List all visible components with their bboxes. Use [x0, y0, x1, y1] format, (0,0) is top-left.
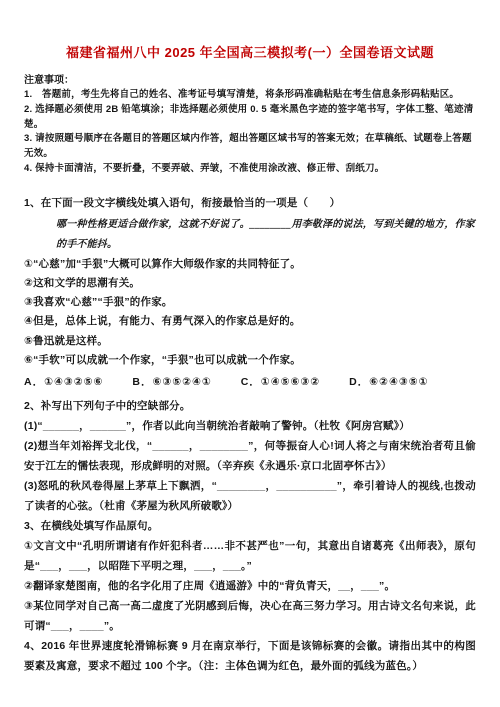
option-d: D．⑥②④③⑤① [349, 372, 428, 392]
question-2-stem: 2、补写出下列句子中的空缺部分。 [24, 396, 476, 416]
page-title: 福建省福州八中 2025 年全国高三模拟考(一）全国卷语文试题 [24, 44, 476, 61]
notice-item: 2. 选择题必须使用 2B 铅笔填涂；非选择题必须使用 0. 5 毫米黑色字迹的… [24, 103, 476, 133]
option-c: C．①④⑤⑥③② [241, 372, 320, 392]
notice-item: 1. 答题前，考生先将自己的姓名、准考证号填写清楚，将条形码准确粘贴在考生信息条… [24, 88, 476, 103]
exam-paper-page: 福建省福州八中 2025 年全国高三模拟考(一）全国卷语文试题 注意事项： 1.… [0, 0, 500, 707]
sentence-item: ②这和文学的思潮有关。 [24, 274, 476, 293]
question-2-part: (1)“______，______”，作者以此向当朝统治者敲响了警钟。（杜牧《阿… [24, 416, 476, 436]
sentence-item: ④但是，总体上说，有能力、有勇气深入的作家总是好的。 [24, 312, 476, 331]
question-3-stem: 3、在横线处填写作品原句。 [24, 516, 476, 536]
question-2-part: (3)怒吼的秋风卷得屋上茅草上下飘洒，“________，__________”… [24, 476, 476, 516]
notice-item: 4. 保持卡面清洁，不要折叠，不要弄破、弄皱，不准使用涂改液、修正带、刮纸刀。 [24, 162, 476, 177]
question-3-part: ①文言文中“孔明所谓诸有作奸犯科者……非不甚严也”一句，其意出自诸葛亮《出师表》… [24, 536, 476, 576]
question-3-part: ②翻译家楚图南，他的名字化用了庄周《逍遥游》中的“背负青天，__，___”。 [24, 576, 476, 596]
question-2: 2、补写出下列句子中的空缺部分。 (1)“______，______”，作者以此… [24, 396, 476, 516]
notice-heading: 注意事项： [24, 71, 476, 86]
question-1-stem: 1、在下面一段文字横线处填入语句，衔接最恰当的一项是（ ） [24, 193, 476, 213]
sentence-item: ③我喜欢“心慈”“手狠”的作家。 [24, 293, 476, 312]
question-1: 1、在下面一段文字横线处填入语句，衔接最恰当的一项是（ ） 哪一种性格更适合做作… [24, 193, 476, 392]
sentence-item: ①“心慈”加“手狠”大概可以算作大师级作家的共同特征了。 [24, 255, 476, 274]
option-a: A．①④③②⑤⑥ [24, 372, 103, 392]
sentence-item: ⑥“手软”可以成就一个作家，“手狠”也可以成就一个作家。 [24, 351, 476, 370]
question-4: 4、2016 年世界速度轮滑锦标赛 9 月在南京举行，下面是该锦标赛的会徽。请指… [24, 636, 476, 676]
option-b: B．⑥③⑤②④① [132, 372, 211, 392]
question-3-part: ③某位同学对自己高一高二虚度了光阴感到后悔，决心在高三努力学习。用古诗文名句来说… [24, 596, 476, 636]
notice-section: 注意事项： 1. 答题前，考生先将自己的姓名、准考证号填写清楚，将条形码准确粘贴… [24, 71, 476, 177]
question-1-options: A．①④③②⑤⑥ B．⑥③⑤②④① C．①④⑤⑥③② D．⑥②④③⑤① [24, 372, 476, 392]
sentence-item: ⑤鲁迅就是这样。 [24, 332, 476, 351]
question-4-stem: 4、2016 年世界速度轮滑锦标赛 9 月在南京举行，下面是该锦标赛的会徽。请指… [24, 636, 476, 676]
notice-item: 3. 请按照题号顺序在各题目的答题区域内作答，超出答题区域书写的答案无效；在草稿… [24, 132, 476, 162]
question-2-part: (2)想当年刘裕挥戈北伐，“______，________”，何等振奋人心!词人… [24, 436, 476, 476]
question-3: 3、在横线处填写作品原句。 ①文言文中“孔明所谓诸有作奸犯科者……非不甚严也”一… [24, 516, 476, 636]
question-1-passage: 哪一种性格更适合做作家，这就不好说了。________用李敬泽的说法，写到关键的… [24, 215, 476, 255]
